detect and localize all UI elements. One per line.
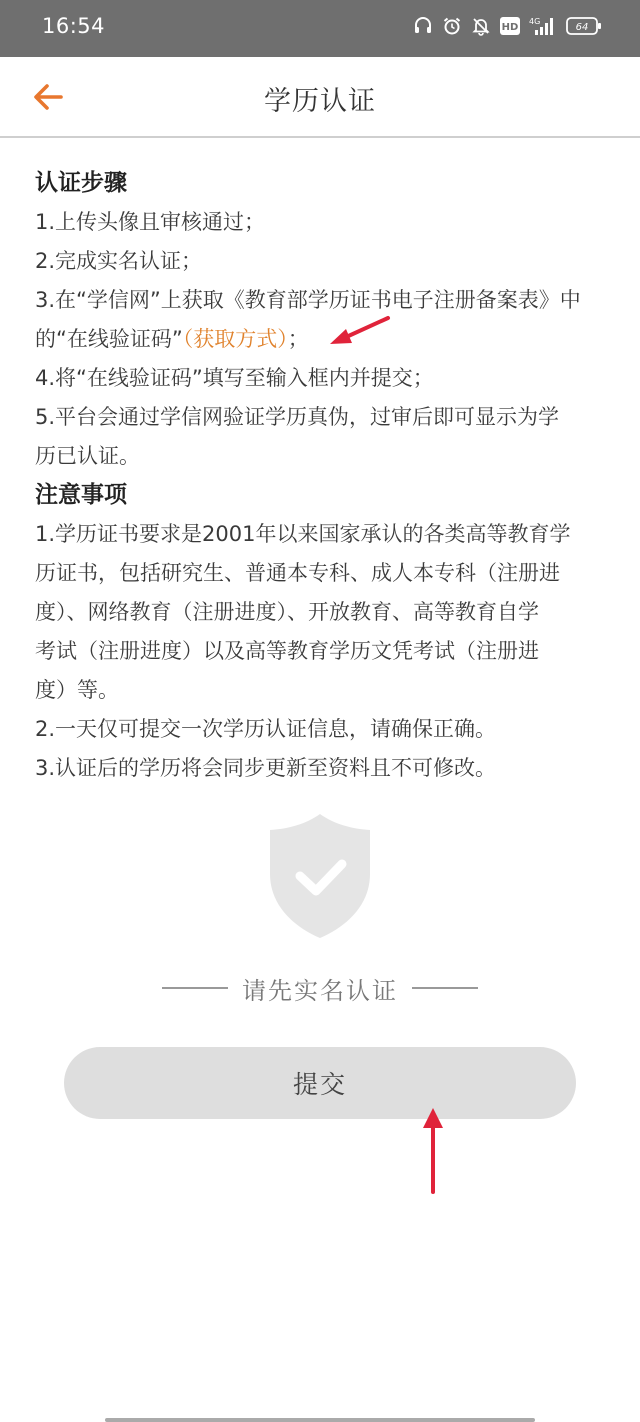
annotation-arrow-icon — [326, 314, 392, 352]
note-1-line-2: 历证书，包括研究生、普通本专科、成人本专科（注册进 — [35, 554, 610, 593]
how-to-get-link[interactable]: （获取方式） — [183, 327, 288, 351]
note-3: 3.认证后的学历将会同步更新至资料且不可修改。 — [35, 749, 610, 788]
svg-text:HD: HD — [502, 22, 519, 33]
steps-title: 认证步骤 — [35, 164, 610, 203]
svg-text:4G: 4G — [529, 17, 540, 26]
step-3: 3.在“学信网”上获取《教育部学历证书电子注册备案表》中 — [35, 281, 610, 320]
4g-signal-icon: 4G — [529, 16, 557, 36]
divider-left — [162, 987, 228, 989]
alarm-icon — [442, 16, 462, 36]
bell-muted-icon — [471, 16, 491, 36]
step-2: 2.完成实名认证； — [35, 242, 610, 281]
note-1-line-1: 1.学历证书要求是2001年以来国家承认的各类高等教育学 — [35, 515, 610, 554]
note-1-line-4: 考试（注册进度）以及高等教育学历文凭考试（注册进 — [35, 632, 610, 671]
note-2: 2.一天仅可提交一次学历认证信息，请确保正确。 — [35, 710, 610, 749]
status-time: 16:54 — [42, 14, 105, 38]
note-1-line-5: 度）等。 — [35, 671, 610, 710]
shield-check-icon — [266, 812, 374, 940]
annotation-arrow-up-icon — [421, 1106, 445, 1200]
battery-icon: 64 — [566, 17, 602, 35]
hd-icon: HD — [500, 17, 520, 35]
step-3-text: 的“在线验证码” — [35, 327, 183, 351]
instructions-content: 认证步骤 1.上传头像且审核通过； 2.完成实名认证； 3.在“学信网”上获取《… — [35, 164, 610, 788]
step-1: 1.上传头像且审核通过； — [35, 203, 610, 242]
headset-icon — [413, 16, 433, 36]
step-5: 5.平台会通过学信网验证学历真伪，过审后即可显示为学 — [35, 398, 610, 437]
app-header: 学历认证 — [0, 57, 640, 138]
status-icons: HD 4G 64 — [413, 16, 602, 36]
step-3-end: ； — [288, 327, 309, 351]
verify-hint: 请先实名认证 — [0, 968, 640, 1008]
verify-hint-label: 请先实名认证 — [242, 971, 398, 1006]
step-3-continued: 的“在线验证码”（获取方式）； — [35, 320, 610, 359]
home-indicator[interactable] — [105, 1418, 535, 1422]
note-1-line-3: 度）、网络教育（注册进度）、开放教育、高等教育自学 — [35, 593, 610, 632]
submit-button[interactable]: 提交 — [64, 1047, 576, 1119]
svg-text:64: 64 — [576, 22, 589, 33]
step-4: 4.将“在线验证码”填写至输入框内并提交； — [35, 359, 610, 398]
divider-right — [412, 987, 478, 989]
status-bar: 16:54 HD 4G 64 — [0, 0, 640, 57]
step-5-continued: 历已认证。 — [35, 437, 610, 476]
notes-title: 注意事项 — [35, 476, 610, 515]
page-title: 学历认证 — [0, 79, 640, 118]
